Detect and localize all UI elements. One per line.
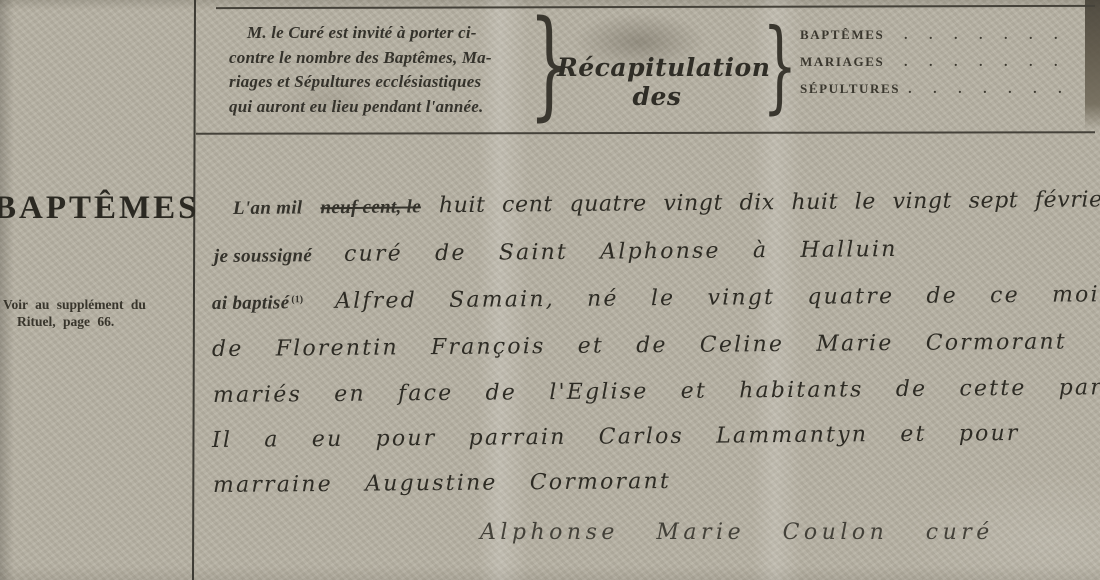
recap-row-mariages: Mariages . . . . . . . bbox=[800, 54, 1082, 81]
printed-instruction: M. le Curé est invité à porter ci- contr… bbox=[229, 21, 531, 119]
recap-item-label: Mariages bbox=[800, 54, 896, 70]
dot-leader: . . . . . . . bbox=[900, 82, 1082, 98]
signature-text: Alphonse Marie Coulon curé bbox=[480, 520, 994, 545]
struck-text: neuf cent, le bbox=[320, 196, 421, 218]
dot-leader: . . . . . . . bbox=[896, 55, 1082, 71]
instruction-line: riages et Sépultures ecclésiastiques bbox=[229, 70, 531, 95]
printed-segment: L'an mil bbox=[233, 197, 303, 219]
page-edge-shadow bbox=[1085, 0, 1100, 130]
handwritten-text: marraine Augustine Cormorant bbox=[213, 469, 671, 498]
recap-item-label: Sépultures bbox=[800, 81, 900, 97]
handwritten-text: curé de Saint Alphonse à Halluin bbox=[344, 237, 898, 267]
instruction-line: contre le nombre des Baptêmes, Ma- bbox=[229, 46, 531, 71]
printed-segment: je soussigné bbox=[214, 245, 312, 267]
printed-segment: ai baptisé bbox=[212, 292, 290, 314]
baptemes-heading: BAPTÊMES bbox=[0, 190, 200, 227]
rituel-note: Voir au supplément du Rituel, page 66. bbox=[3, 296, 185, 330]
instruction-line: qui auront eu lieu pendant l'année. bbox=[229, 95, 531, 120]
footnote-marker: (1) bbox=[291, 294, 303, 305]
recap-title: Récapitulation des bbox=[557, 53, 757, 111]
recap-row-sepultures: Sépultures . . . . . . . bbox=[800, 81, 1082, 108]
brace-right-icon: } bbox=[762, 16, 797, 116]
rituel-note-line: Rituel, page 66. bbox=[3, 313, 185, 330]
instruction-line: M. le Curé est invité à porter ci- bbox=[229, 21, 531, 46]
recap-item-label: Baptêmes bbox=[800, 27, 896, 43]
dot-leader: . . . . . . . bbox=[896, 28, 1082, 44]
recap-row-baptemes: Baptêmes . . . . . . . bbox=[800, 27, 1082, 54]
signature-line: Alphonse Marie Coulon curé bbox=[480, 520, 994, 545]
recap-list: Baptêmes . . . . . . . Mariages . . . . … bbox=[800, 27, 1082, 108]
entry-line-7: marraine Augustine Cormorant bbox=[213, 469, 671, 498]
rituel-note-line: Voir au supplément du bbox=[3, 296, 185, 313]
